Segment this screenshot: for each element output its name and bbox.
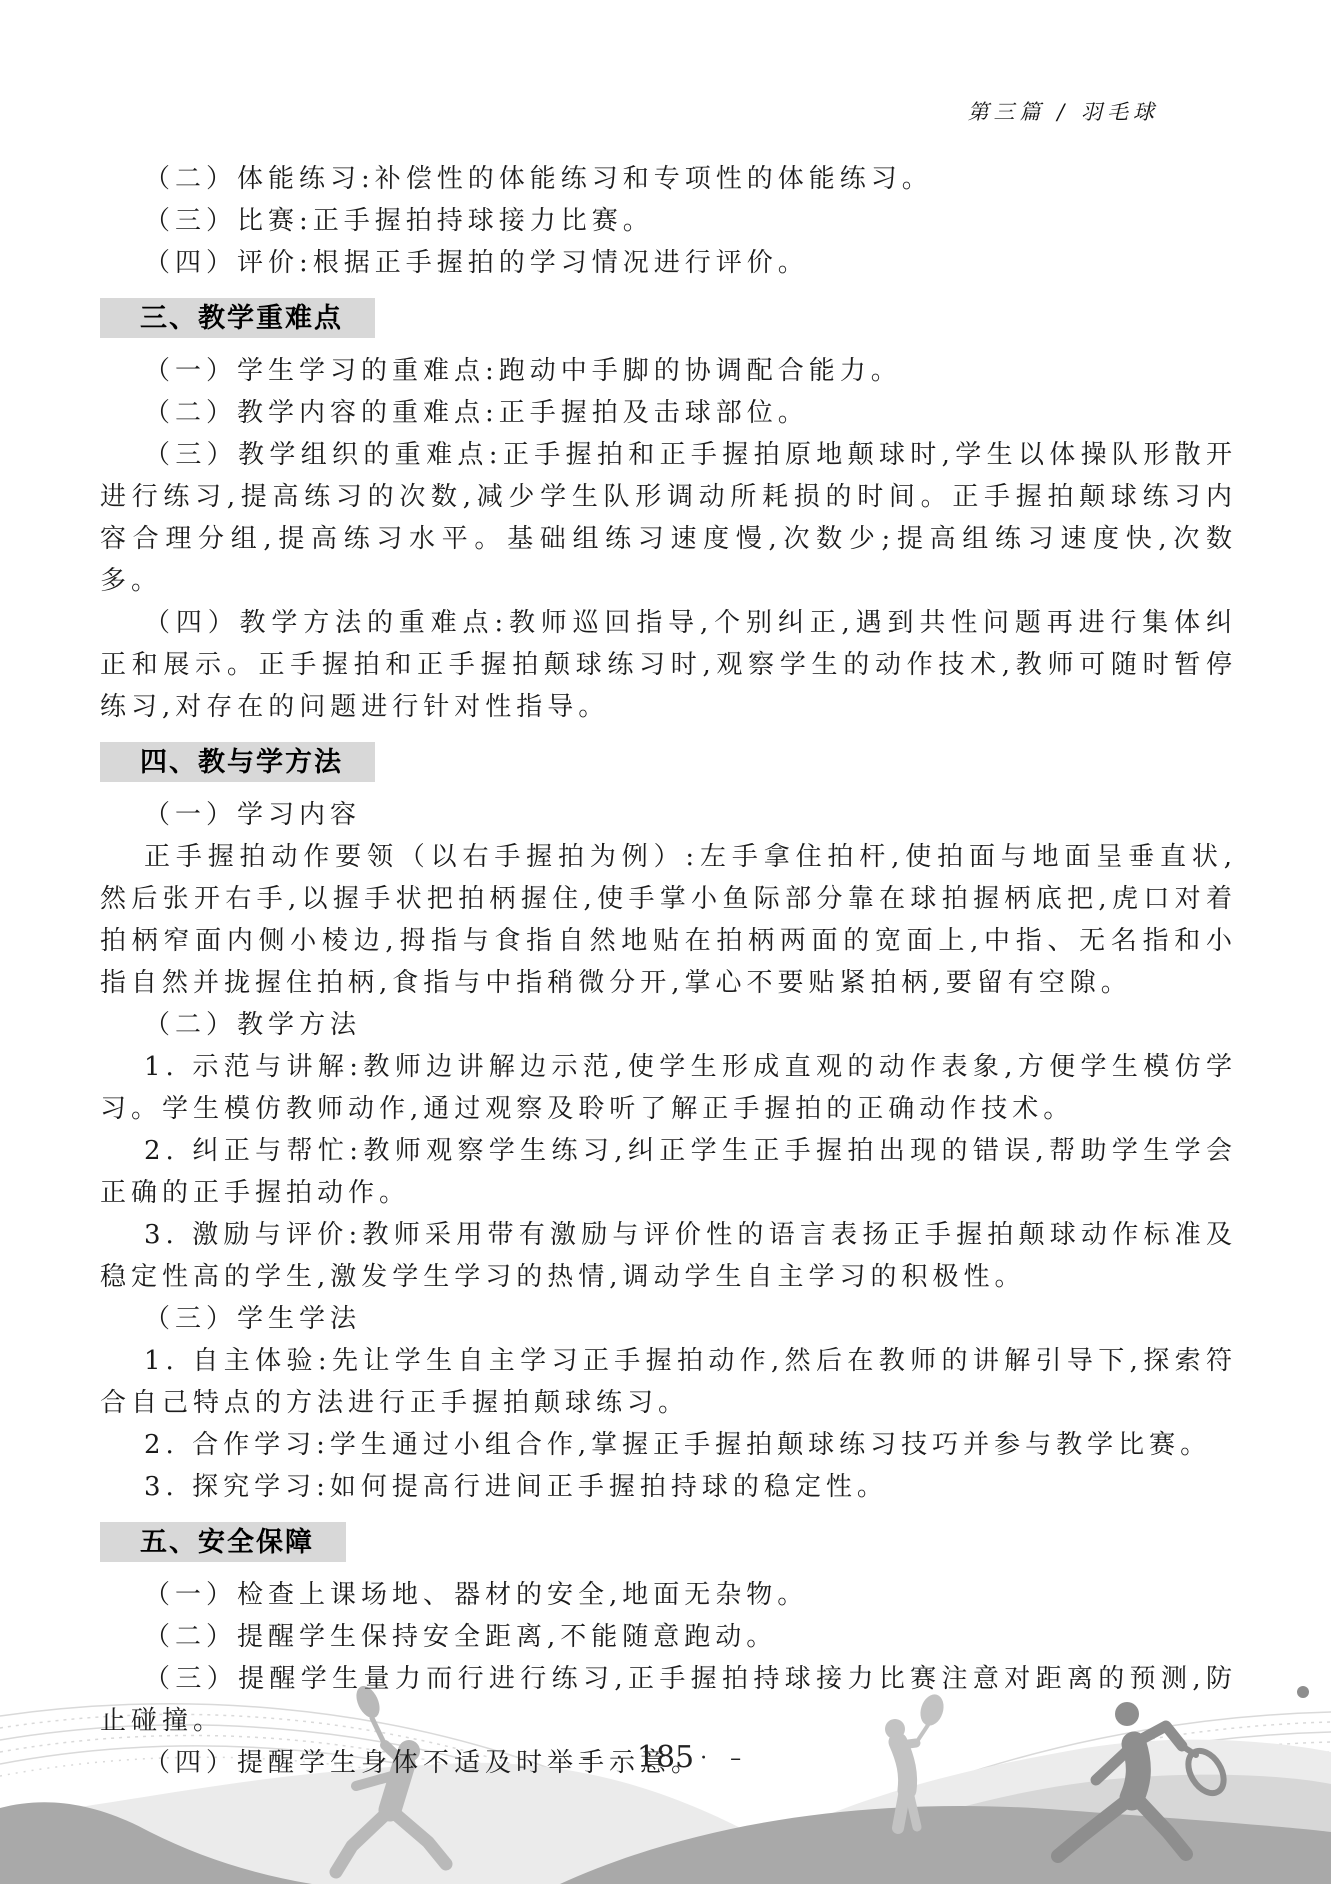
page-body-text: （二）体能练习:补偿性的体能练习和专项性的体能练习。（三）比赛:正手握拍持球接力… [100, 158, 1237, 1784]
section-heading: 五、安全保障 [100, 1522, 346, 1562]
paragraph: （三）教学组织的重难点:正手握拍和正手握拍原地颠球时,学生以体操队形散开进行练习… [100, 434, 1237, 602]
paragraph: （四）评价:根据正手握拍的学习情况进行评价。 [100, 242, 1237, 284]
page-number: – ·185· – [0, 1740, 1331, 1775]
page-number-prefix: – · [582, 1746, 631, 1771]
chapter-header: 第三篇 / 羽毛球 [968, 96, 1159, 126]
paragraph: （一）学习内容 [100, 794, 1237, 836]
paragraph: （二）体能练习:补偿性的体能练习和专项性的体能练习。 [100, 158, 1237, 200]
paragraph: 正手握拍动作要领（以右手握拍为例）:左手拿住拍杆,使拍面与地面呈垂直状,然后张开… [100, 836, 1237, 1004]
section-heading: 三、教学重难点 [100, 298, 375, 338]
section-heading: 四、教与学方法 [100, 742, 375, 782]
paragraph: 1. 自主体验:先让学生自主学习正手握拍动作,然后在教师的讲解引导下,探索符合自… [100, 1340, 1237, 1424]
paragraph: （三）比赛:正手握拍持球接力比赛。 [100, 200, 1237, 242]
paragraph: （四）教学方法的重难点:教师巡回指导,个别纠正,遇到共性问题再进行集体纠正和展示… [100, 602, 1237, 728]
paragraph: （一）学生学习的重难点:跑动中手脚的协调配合能力。 [100, 350, 1237, 392]
page-number-suffix: · – [700, 1746, 749, 1771]
paragraph: （二）教学方法 [100, 1004, 1237, 1046]
paragraph: 3. 探究学习:如何提高行进间正手握拍持球的稳定性。 [100, 1466, 1237, 1508]
book-page: { "page": { "header": "第三篇 / 羽毛球", "foot… [0, 0, 1331, 1884]
page-number-value: 185 [637, 1740, 694, 1775]
paragraph: 1. 示范与讲解:教师边讲解边示范,使学生形成直观的动作表象,方便学生模仿学习。… [100, 1046, 1237, 1130]
paragraph: （三）提醒学生量力而行进行练习,正手握拍持球接力比赛注意对距离的预测,防止碰撞。 [100, 1658, 1237, 1742]
paragraph: （二）提醒学生保持安全距离,不能随意跑动。 [100, 1616, 1237, 1658]
paragraph: 3. 激励与评价:教师采用带有激励与评价性的语言表扬正手握拍颠球动作标准及稳定性… [100, 1214, 1237, 1298]
paragraph: （三）学生学法 [100, 1298, 1237, 1340]
paragraph: （一）检查上课场地、器材的安全,地面无杂物。 [100, 1574, 1237, 1616]
paragraph: 2. 合作学习:学生通过小组合作,掌握正手握拍颠球练习技巧并参与教学比赛。 [100, 1424, 1237, 1466]
paragraph: （二）教学内容的重难点:正手握拍及击球部位。 [100, 392, 1237, 434]
paragraph: 2. 纠正与帮忙:教师观察学生练习,纠正学生正手握拍出现的错误,帮助学生学会正确… [100, 1130, 1237, 1214]
shuttlecock-icon [1297, 1686, 1309, 1698]
